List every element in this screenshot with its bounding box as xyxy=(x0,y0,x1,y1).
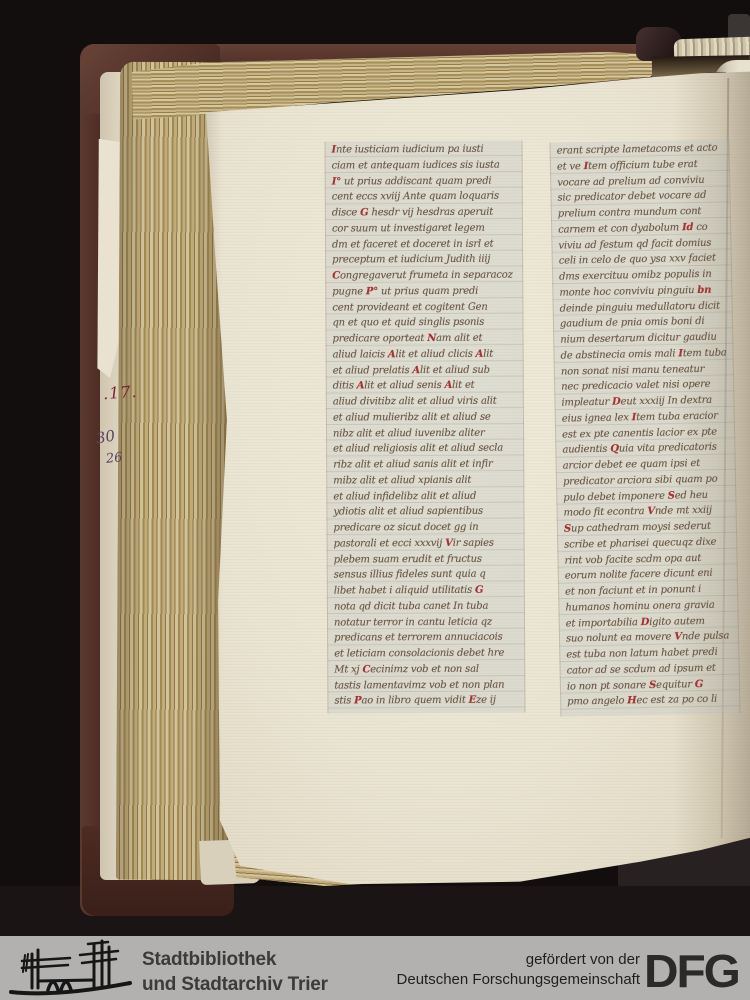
manuscript-text-line: aliud divitibz alit et aliud viris alit xyxy=(333,394,519,411)
text-column-right: erant scripte lametacoms et actoet ve It… xyxy=(550,139,741,716)
manuscript-text-line: disce G hesdr vij hesdras aperuit xyxy=(332,205,518,222)
margin-annotation-17: .17. xyxy=(102,382,138,403)
rubricated-initial: E xyxy=(469,695,476,706)
manuscript-text-line: nibz alit et aliud iuvenibz aliter xyxy=(333,425,519,442)
rubricated-initial: S xyxy=(668,490,675,501)
rubricated-initial: I xyxy=(632,412,637,423)
manuscript-text-line: dm et faceret et doceret in isrl et xyxy=(332,236,518,253)
manuscript-text-line: Mt xj Cecinimz vob et non sal xyxy=(334,661,520,678)
manuscript-text-line: tastis lamentavimz vob et non plan xyxy=(334,677,520,694)
rubricated-initial: C xyxy=(332,270,340,281)
rubricated-initial: A xyxy=(476,348,484,359)
rubricated-initial: H xyxy=(627,695,636,706)
rubricated-initial: A xyxy=(357,381,365,392)
rubricated-initial: C xyxy=(362,664,370,675)
manuscript-text-line: et leticiam consolacionis debet hre xyxy=(334,646,520,663)
manuscript-text-line: et aliud prelatis Alit et aliud sub xyxy=(333,362,519,379)
manuscript-text-line: scribe et pharisei quecuqz dixe xyxy=(564,534,732,553)
digitized-manuscript-scan: Inte iusticiam iudicium pa iusticiam et … xyxy=(0,0,750,1000)
manuscript-text-line: cent eccs xviij Ante quam loquaris xyxy=(332,189,518,206)
manuscript-text-line: ditis Alit et aliud senis Alit et xyxy=(333,378,519,395)
manuscript-text-line: Inte iusticiam iudicium pa iusti xyxy=(332,142,518,159)
rubricated-initial: G xyxy=(360,207,368,218)
rubricated-initial: G xyxy=(475,585,483,596)
manuscript-text-line: pmo angelo Hec est za po co li xyxy=(567,692,735,711)
manuscript-text-line: mibz alit et aliud xpianis alit xyxy=(333,472,519,489)
rubricated-initial: S xyxy=(564,523,571,534)
manuscript-text-line: humanos hominu onera gravia xyxy=(565,597,733,616)
manuscript-text-line: eorum nolite facere dicunt eni xyxy=(565,566,733,585)
manuscript-text-line: erant scripte lametacoms et acto xyxy=(557,140,725,159)
rubricated-initial: G xyxy=(695,678,704,689)
rubricated-initial: N xyxy=(427,333,436,344)
rubricated-initial: V xyxy=(647,506,655,517)
manuscript-text-line: predicans et terrorem annuciacois xyxy=(334,630,520,647)
manuscript-text-line: notatur terror in cantu leticia qz xyxy=(334,614,520,631)
rubricated-initial: I° xyxy=(332,176,341,187)
rubricated-initial: A xyxy=(412,365,420,376)
library-name-line2: und Stadtarchiv Trier xyxy=(142,972,328,997)
rubricated-initial: D xyxy=(641,616,650,627)
funding-line1: gefördert von der xyxy=(380,950,640,970)
rubricated-initial: Id xyxy=(682,222,693,233)
library-name: Stadtbibliothek und Stadtarchiv Trier xyxy=(142,947,328,997)
footer-banner: Stadtbibliothek und Stadtarchiv Trier ge… xyxy=(0,936,750,1000)
manuscript-text-line: cent provideant et cogitent Gen xyxy=(332,299,518,316)
rubricated-initial: bn xyxy=(697,284,711,295)
rubricated-initial: A xyxy=(445,380,453,391)
funding-credit: gefördert von der Deutschen Forschungsge… xyxy=(380,950,640,990)
rubricated-initial: A xyxy=(388,349,396,360)
manuscript-text-line: ribz alit et aliud sanis alit et infir xyxy=(333,457,519,474)
manuscript-text-line: ydiotis alit et aliud sapientibus xyxy=(333,504,519,521)
rubricated-initial: Q xyxy=(610,444,619,455)
manuscript-text-line: libet habet i aliquid utilitatis G xyxy=(334,583,520,600)
rubricated-initial: V xyxy=(674,632,682,643)
funding-line2: Deutschen Forschungsgemeinschaft xyxy=(380,970,640,990)
manuscript-text-line: pastorali et ecci xxxvij Vir sapies xyxy=(334,535,520,552)
manuscript-text-line: nota qd dicit tuba canet In tuba xyxy=(334,598,520,615)
manuscript-text-line: qn et quo et quid singlis psonis xyxy=(332,315,518,332)
rubricated-initial: V xyxy=(445,538,453,549)
margin-annotation-30: 30 xyxy=(95,426,117,447)
text-column-left: Inte iusticiam iudicium pa iusticiam et … xyxy=(325,140,526,713)
manuscript-text-line: aliud laicis Alit et aliud clicis Alit xyxy=(333,346,519,363)
manuscript-text-line: pugne P° ut prius quam predi xyxy=(332,283,518,300)
margin-annotation-26: 26 xyxy=(105,450,123,467)
library-name-line1: Stadtbibliothek xyxy=(142,947,328,972)
manuscript-text-line: cator ad se scdum ad ipsum et xyxy=(567,660,735,679)
manuscript-text-line: predicare oporteat Nam alit et xyxy=(332,331,518,348)
manuscript-text-line: Congregaverut frumeta in separacoz xyxy=(332,268,518,285)
manuscript-text-line: plebem suam erudit et fructus xyxy=(334,551,520,568)
manuscript-text-line: stis Pao in libro quem vidit Eze ij xyxy=(334,693,520,710)
manuscript-text-line: et aliud mulieribz alit et aliud se xyxy=(333,409,519,426)
manuscript-text-line: cor suum ut investigaret legem xyxy=(332,220,518,237)
rubricated-initial: I xyxy=(678,348,683,359)
rubricated-initial: I xyxy=(584,161,589,172)
manuscript-text-line: et aliud infidelibz alit et aliud xyxy=(333,488,519,505)
rubricated-initial: P xyxy=(354,696,361,707)
rubricated-initial: P° xyxy=(366,286,378,297)
manuscript-text-line: ciam et antequam iudices sis iusta xyxy=(332,157,518,174)
rubricated-initial: I xyxy=(332,144,337,155)
stadtbibliothek-trier-logo-icon xyxy=(8,938,134,998)
manuscript-text-line: sensus illius fideles sunt quia q xyxy=(334,567,520,584)
rubricated-initial: D xyxy=(612,396,621,407)
manuscript-text-line: preceptum et iudicium Judith iiij xyxy=(332,252,518,269)
manuscript-text-line: predicare oz sicut docet gg in xyxy=(333,520,519,537)
manuscript-text-line: et aliud religiosis alit et aliud secla xyxy=(333,441,519,458)
manuscript-text-line: I° ut prius addiscant quam predi xyxy=(332,173,518,190)
dfg-logo: DFG xyxy=(644,944,750,998)
rubricated-initial: S xyxy=(649,679,656,690)
manuscript-text-line: audientis Quia vita predicatoris xyxy=(562,440,730,459)
